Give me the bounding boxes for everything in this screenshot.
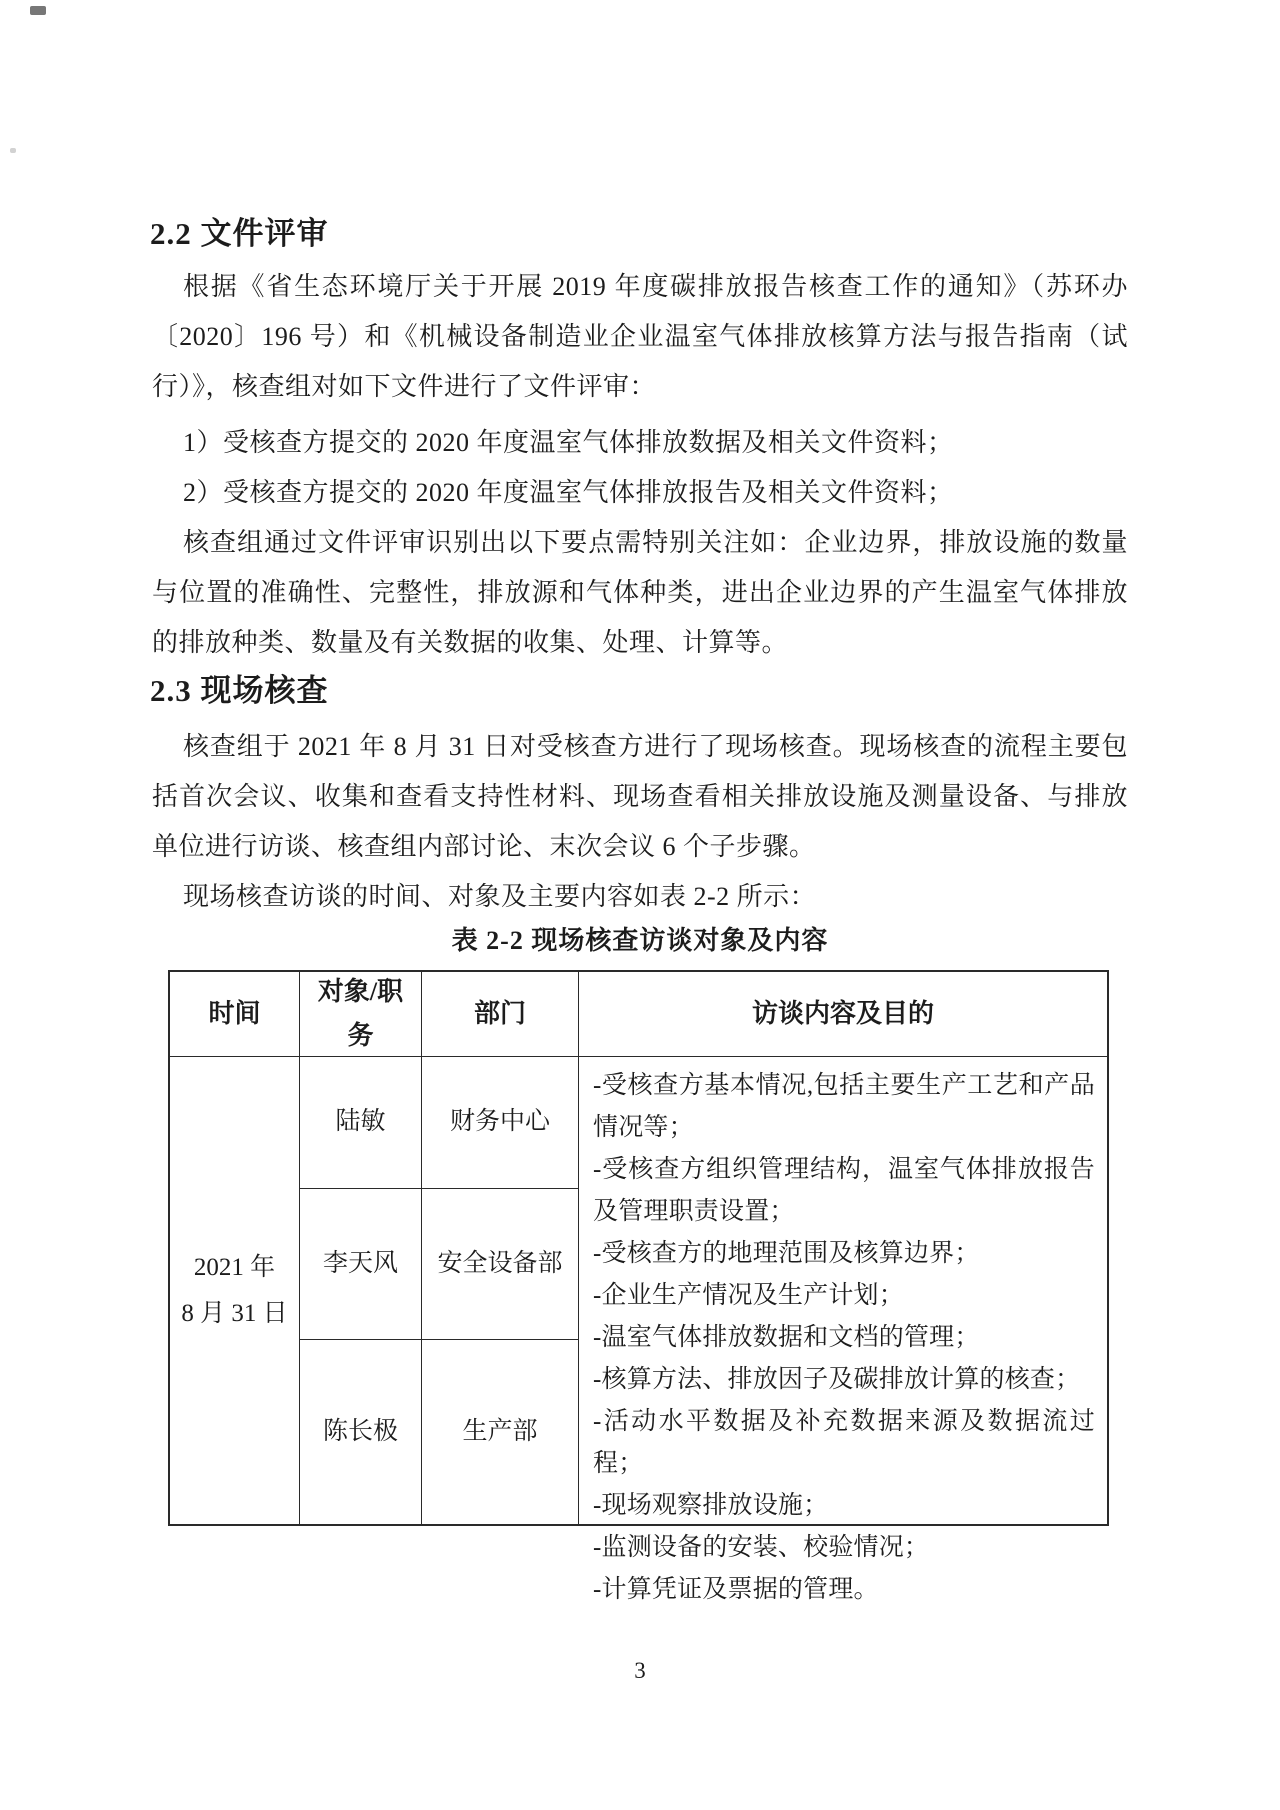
section-2-2-paragraph-2: 核查组通过文件评审识别出以下要点需特别关注如：企业边界，排放设施的数量与位置的准…: [152, 518, 1128, 668]
interview-content-item: -受核查方基本情况,包括主要生产工艺和产品情况等；: [593, 1065, 1095, 1149]
interview-content-item: -核算方法、排放因子及碳排放计算的核查；: [593, 1359, 1095, 1401]
table-cell-department-1: 财务中心: [422, 1057, 579, 1189]
table-header-content: 访谈内容及目的: [579, 972, 1107, 1057]
section-2-3-paragraph-1: 核查组于 2021 年 8 月 31 日对受核查方进行了现场核查。现场核查的流程…: [152, 722, 1128, 872]
section-2-2-list-item-2: 2）受核查方提交的 2020 年度温室气体排放报告及相关文件资料；: [152, 468, 1128, 518]
interview-content-item: -企业生产情况及生产计划；: [593, 1275, 1095, 1317]
section-2-2-paragraph-1: 根据《省生态环境厅关于开展 2019 年度碳排放报告核查工作的通知》（苏环办〔2…: [152, 262, 1128, 412]
time-line-2: 8 月 31 日: [181, 1291, 287, 1337]
interview-content-item: -温室气体排放数据和文档的管理；: [593, 1317, 1095, 1359]
interview-content-item: -活动水平数据及补充数据来源及数据流过程；: [593, 1401, 1095, 1485]
document-page: 2.2 文件评审 根据《省生态环境厅关于开展 2019 年度碳排放报告核查工作的…: [0, 0, 1280, 1810]
interview-content-item: -现场观察排放设施；: [593, 1485, 1095, 1527]
section-2-3-heading: 2.3 现场核查: [150, 665, 329, 710]
section-2-2-heading: 2.2 文件评审: [150, 208, 329, 253]
section-2-3-paragraph-2: 现场核查访谈的时间、对象及主要内容如表 2-2 所示：: [152, 872, 1128, 922]
page-number: 3: [0, 1658, 1280, 1684]
table-cell-person-3: 陈长极: [300, 1340, 422, 1524]
table-header-time: 时间: [170, 972, 300, 1057]
interview-content-item: -受核查方组织管理结构，温室气体排放报告及管理职责设置；: [593, 1149, 1095, 1233]
table-cell-department-2: 安全设备部: [422, 1189, 579, 1340]
interview-table: 时间 对象/职务 部门 访谈内容及目的 2021 年 8 月 31 日 陆敏 财…: [168, 970, 1109, 1526]
table-cell-time: 2021 年 8 月 31 日: [170, 1057, 300, 1524]
table-header-department: 部门: [422, 972, 579, 1057]
table-header-person: 对象/职务: [300, 972, 422, 1057]
table-cell-person-1: 陆敏: [300, 1057, 422, 1189]
table-cell-department-3: 生产部: [422, 1340, 579, 1524]
section-2-2-list-item-1: 1）受核查方提交的 2020 年度温室气体排放数据及相关文件资料；: [152, 418, 1128, 468]
time-line-1: 2021 年: [194, 1245, 275, 1291]
interview-content-item: -计算凭证及票据的管理。: [593, 1569, 1095, 1611]
table-caption: 表 2-2 现场核查访谈对象及内容: [0, 920, 1280, 957]
interview-content-item: -监测设备的安装、校验情况；: [593, 1527, 1095, 1569]
table-cell-interview-content: -受核查方基本情况,包括主要生产工艺和产品情况等； -受核查方组织管理结构，温室…: [579, 1057, 1107, 1524]
scan-artifact: [30, 6, 46, 15]
interview-content-item: -受核查方的地理范围及核算边界；: [593, 1233, 1095, 1275]
scan-artifact: [10, 148, 16, 153]
table-cell-person-2: 李天风: [300, 1189, 422, 1340]
